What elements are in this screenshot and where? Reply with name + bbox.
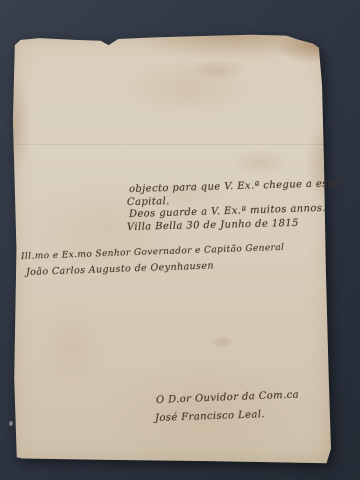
paper-stain — [209, 335, 235, 349]
fold-crease — [14, 144, 328, 147]
paper-stain — [37, 301, 107, 391]
paper-stain — [187, 59, 247, 81]
photo-background: objecto para que V. Ex.ª chegue a esta C… — [0, 0, 360, 480]
letter-body-line: Capital. — [127, 196, 170, 208]
